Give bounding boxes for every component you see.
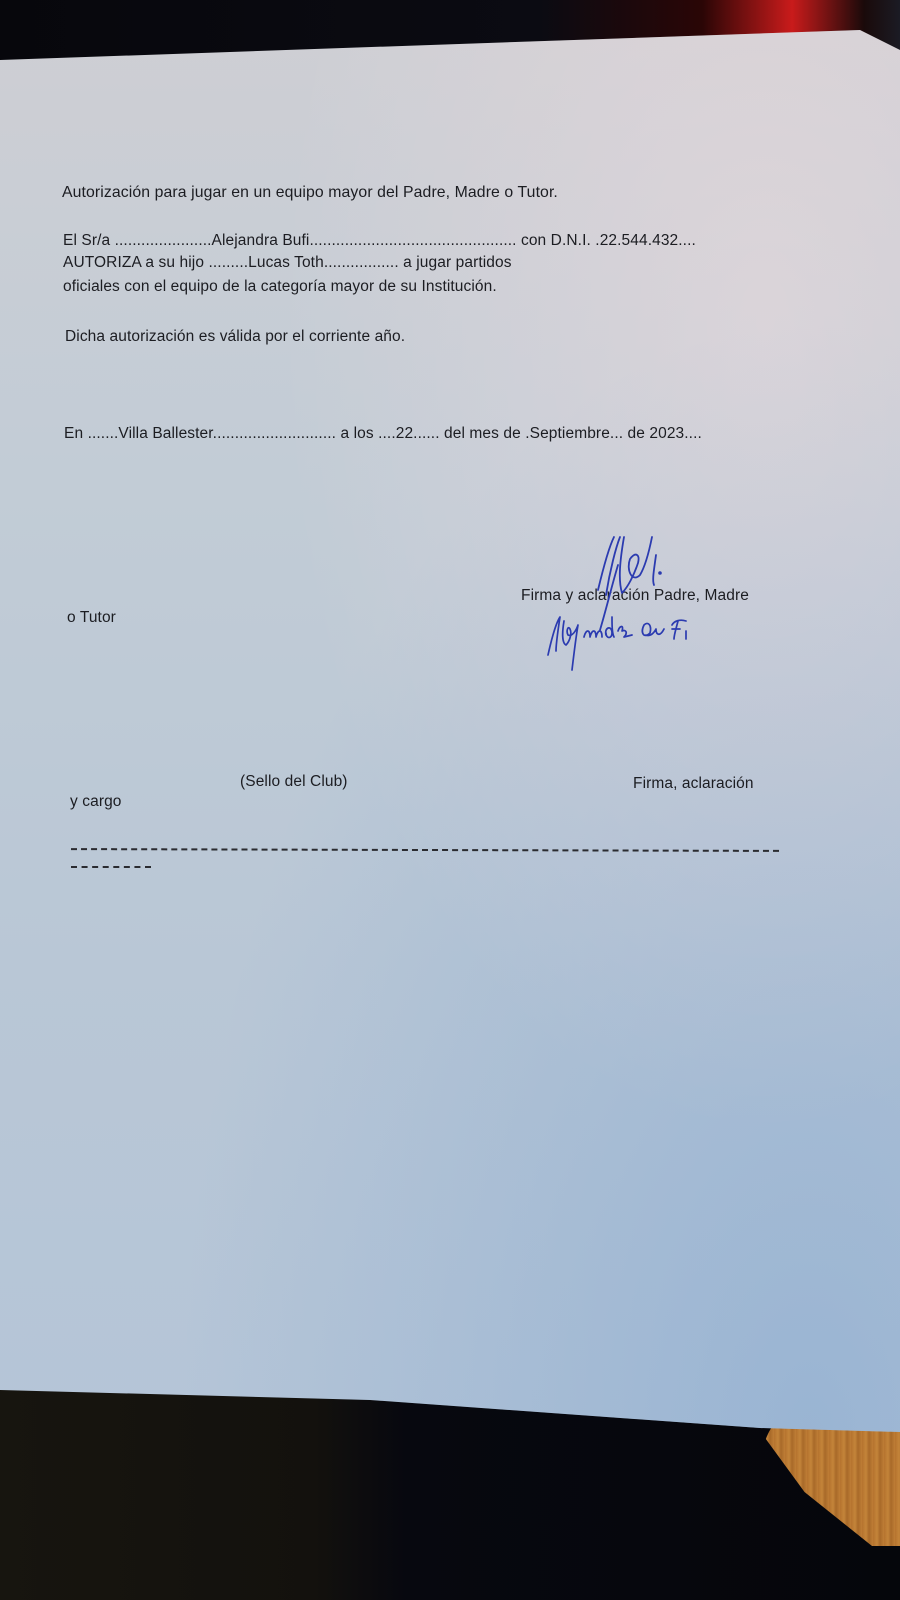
- validity-statement: Dicha autorización es válida por el corr…: [65, 328, 405, 346]
- parent-signature-label-cont: o Tutor: [67, 609, 116, 627]
- paper-sheet: Autorización para jugar en un equipo may…: [0, 0, 900, 1600]
- club-signature-label: Firma, aclaración: [633, 775, 754, 793]
- signature-dashed-line: [71, 848, 779, 852]
- place-date-line: En .......Villa Ballester...............…: [64, 425, 702, 443]
- handwritten-signature: [540, 525, 730, 675]
- line-official-matches: oficiales con el equipo de la categoría …: [63, 278, 497, 296]
- club-stamp-label: (Sello del Club): [240, 773, 348, 791]
- line-authorizes-child: AUTORIZA a su hijo .........Lucas Toth..…: [63, 254, 512, 272]
- club-signature-label-cont: y cargo: [70, 793, 122, 811]
- line-parent-dni: El Sr/a ......................Alejandra …: [63, 232, 696, 250]
- document-title: Autorización para jugar en un equipo may…: [62, 184, 558, 202]
- signature-dashed-line-cont: [71, 866, 151, 868]
